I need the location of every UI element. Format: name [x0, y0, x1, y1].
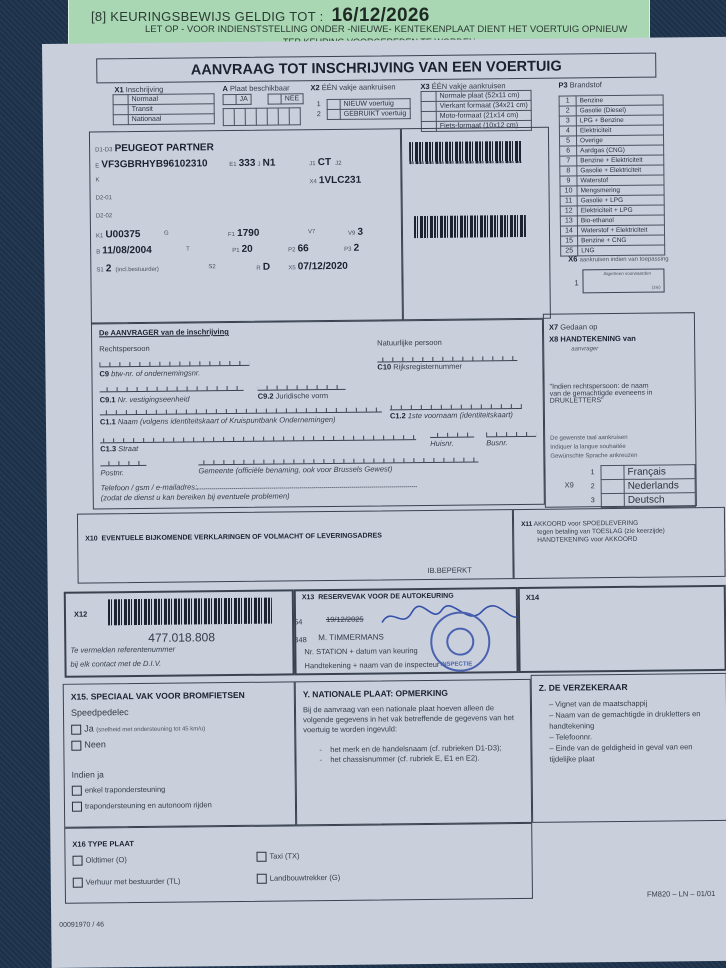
x2-checkbox-used[interactable]: [327, 109, 340, 119]
max-mass: 1790: [237, 228, 259, 239]
form-code: FM820 – LN – 01/01: [647, 889, 715, 899]
vehicle-category: N1: [263, 158, 276, 169]
inspection-stamp: INSPECTIE: [430, 611, 491, 672]
x14-block[interactable]: [518, 585, 726, 673]
serial-number: 00091970 / 46: [59, 921, 104, 928]
x1-options: Normaal Transit Nationaal: [113, 93, 215, 125]
x3-options: Normale plaat (52x11 cm) Vierkant formaa…: [421, 90, 533, 132]
plate-number-cells: [223, 107, 301, 126]
applicant-title: De AANVRAGER van de inschrijving: [99, 327, 229, 337]
fuel-code: 2: [354, 243, 360, 254]
x2-options: 1NIEUW voertuig 2GEBRUIKT voertuig: [311, 98, 411, 120]
c9-2-input[interactable]: [258, 385, 346, 391]
barcode-bottom: [414, 215, 526, 238]
pedal-assist-autonomous-checkbox[interactable]: [72, 802, 82, 812]
language-checkbox-de[interactable]: [601, 493, 624, 507]
plate-tractor-checkbox[interactable]: [257, 874, 267, 884]
language-checkbox-nl[interactable]: [601, 479, 624, 493]
v9-value: 3: [357, 227, 363, 238]
legal-person-note: "Indien rechtspersoon: de naam van de ge…: [550, 383, 662, 405]
language-checkbox-fr[interactable]: [601, 465, 624, 479]
reference-number: 477.018.808: [148, 630, 215, 645]
plate-taxi-checkbox[interactable]: [256, 852, 266, 862]
language-options: 1Français 2Nederlands 3Deutsch: [584, 464, 695, 508]
first-registration-date: 11/08/2004: [102, 245, 152, 257]
plate-oldtimer-checkbox[interactable]: [73, 856, 83, 866]
engine-power: 66: [298, 243, 309, 254]
x2-checkbox-new[interactable]: [327, 99, 340, 109]
approval-number: U00375: [105, 229, 140, 240]
x16-block: [64, 823, 533, 904]
inspection-date: 19/12/2025: [326, 615, 364, 624]
a-checkbox-yes[interactable]: [223, 94, 236, 104]
p3-label: P3 Brandstof: [558, 80, 601, 89]
house-number-input[interactable]: [430, 432, 474, 437]
certificate-label: [8] KEURINGSBEWIJS GELDIG TOT :: [91, 9, 324, 24]
speedpedelec-no-checkbox[interactable]: [71, 740, 81, 750]
pedal-assist-checkbox[interactable]: [72, 786, 82, 796]
barcode-top: [409, 141, 521, 164]
make-model: PEUGEOT PARTNER: [114, 142, 213, 154]
x1-checkbox-normaal[interactable]: [113, 95, 128, 105]
x5-date: 07/12/2020: [298, 261, 348, 273]
x1-checkbox-transit[interactable]: [113, 105, 128, 115]
postal-code-input[interactable]: [100, 461, 146, 466]
reference-barcode: [108, 598, 272, 626]
x1-checkbox-nationaal[interactable]: [113, 115, 128, 125]
fuel-type-options: 1Benzine2Gasolie (Diesel)3LPG + Benzine4…: [559, 94, 666, 256]
a-label: A Plaat beschikbaar: [222, 83, 289, 93]
x10-value: IB.BEPERKT: [427, 566, 471, 575]
body-type: CT: [318, 157, 331, 168]
box-number-input[interactable]: [486, 432, 536, 438]
certificate-notice-1: LET OP - VOOR INDIENSTSTELLING ONDER -NI…: [145, 24, 627, 35]
plate-rental-checkbox[interactable]: [73, 878, 83, 888]
plate-number: 1VLC231: [319, 175, 361, 186]
form-title: AANVRAAG TOT INSCHRIJVING VAN EEN VOERTU…: [96, 53, 656, 84]
chassis-number: VF3GBRHYB96102310: [101, 158, 207, 170]
color-code: D: [263, 262, 270, 273]
x6-box[interactable]: Algemeen voorwaarden (zie): [582, 268, 664, 293]
seats: 2: [106, 263, 112, 274]
e1-value: 333: [239, 158, 256, 169]
engine-capacity: 20: [242, 244, 253, 255]
x6-label: X6 aankruisen indien van toepassing: [568, 253, 668, 263]
speedpedelec-yes-checkbox[interactable]: [71, 724, 81, 734]
x2-label: X2 ÉÉN vakje aankruisen: [310, 82, 395, 92]
registration-form: AANVRAAG TOT INSCHRIJVING VAN EEN VOERTU…: [42, 37, 726, 968]
certificate-valid-until: 16/12/2026: [332, 5, 430, 26]
a-checkbox-no[interactable]: [268, 94, 281, 104]
